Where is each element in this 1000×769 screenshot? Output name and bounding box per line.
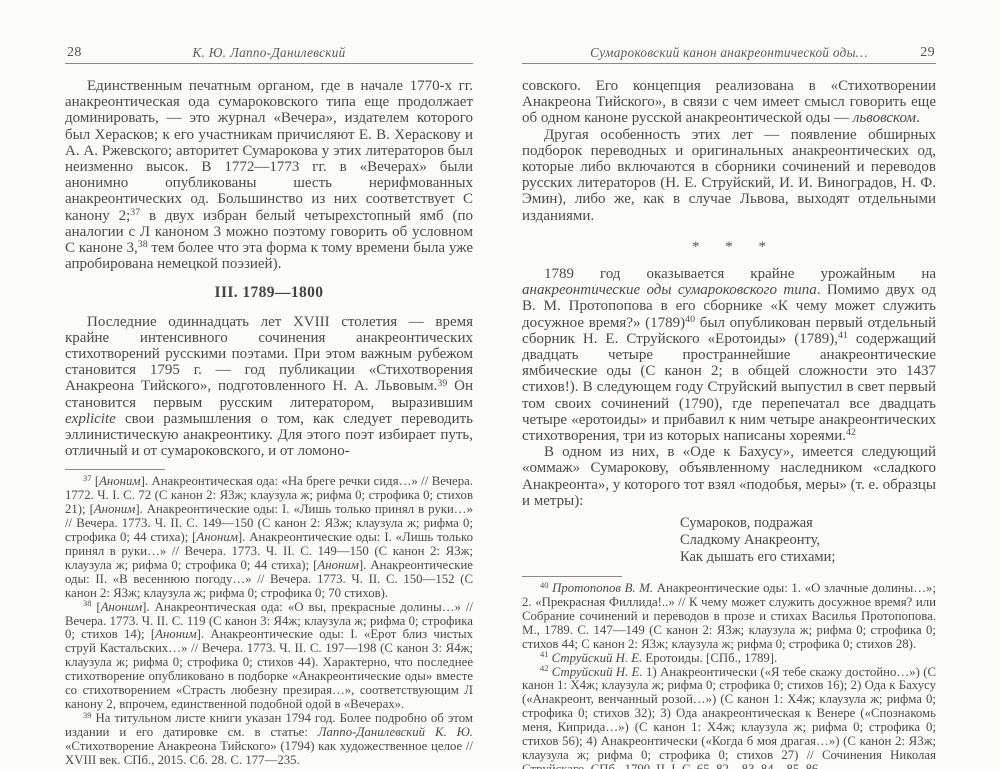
right-page-number: 29 [920, 45, 935, 61]
footnote-40: 40 Протопопов В. М. Анакреонтические оды… [522, 582, 936, 652]
section-break-asterisks: * * * [522, 239, 936, 255]
paragraph: Единственным печатным органом, где в нач… [65, 78, 473, 272]
left-running-head: К. Ю. Лаппо-Данилевский [65, 44, 473, 61]
paragraph: совского. Его концепция реализована в «С… [522, 78, 936, 127]
book-spread: { "colors": { "background": "#fbfbf9", "… [0, 0, 1000, 769]
verse-quote: Сумароков, подражая Сладкому Анакреонту,… [680, 515, 936, 566]
section-heading: III. 1789—1800 [65, 285, 473, 301]
right-page-header: 29 Сумароковский канон анакреонтической … [522, 44, 936, 64]
paragraph: Последние одиннадцать лет XVIII столетия… [65, 314, 473, 460]
paragraph: В одном из них, в «Оде к Бахусу», имеетс… [522, 444, 936, 509]
footnote-39: 39 На титульном листе книги указан 1794 … [65, 712, 473, 768]
verse-line: Как дышать его стихами; [680, 549, 936, 566]
paragraph: Другая особенность этих лет — появление … [522, 127, 936, 224]
verse-line: Сладкому Анакреонту, [680, 532, 936, 549]
right-body-text: совского. Его концепция реализована в «С… [522, 78, 936, 566]
footnote-41: 41 Струйский Н. Е. Еротоиды. [СПб., 1789… [522, 652, 936, 666]
left-page: 28 К. Ю. Лаппо-Данилевский Единственным … [65, 44, 473, 768]
left-page-number: 28 [67, 45, 82, 61]
footnote-42: 42 Струйский Н. Е. 1) Анакреонтически («… [522, 666, 936, 769]
verse-line: Сумароков, подражая [680, 515, 936, 532]
footnote-38: 38 [Аноним]. Анакреонтическая ода: «О вы… [65, 601, 473, 712]
left-body-text: Единственным печатным органом, где в нач… [65, 78, 473, 459]
right-footnotes: 40 Протопопов В. М. Анакреонтические оды… [522, 582, 936, 769]
footnote-separator-rule [522, 576, 622, 577]
left-footnotes: 37 [Аноним]. Анакреонтическая ода: «На б… [65, 475, 473, 767]
right-page: 29 Сумароковский канон анакреонтической … [522, 44, 936, 769]
left-page-header: 28 К. Ю. Лаппо-Данилевский [65, 44, 473, 64]
footnote-37: 37 [Аноним]. Анакреонтическая ода: «На б… [65, 475, 473, 600]
right-running-head: Сумароковский канон анакреонтической оды… [522, 44, 936, 61]
paragraph: 1789 год оказывается крайне урожайным на… [522, 266, 936, 444]
footnote-separator-rule [65, 469, 165, 470]
